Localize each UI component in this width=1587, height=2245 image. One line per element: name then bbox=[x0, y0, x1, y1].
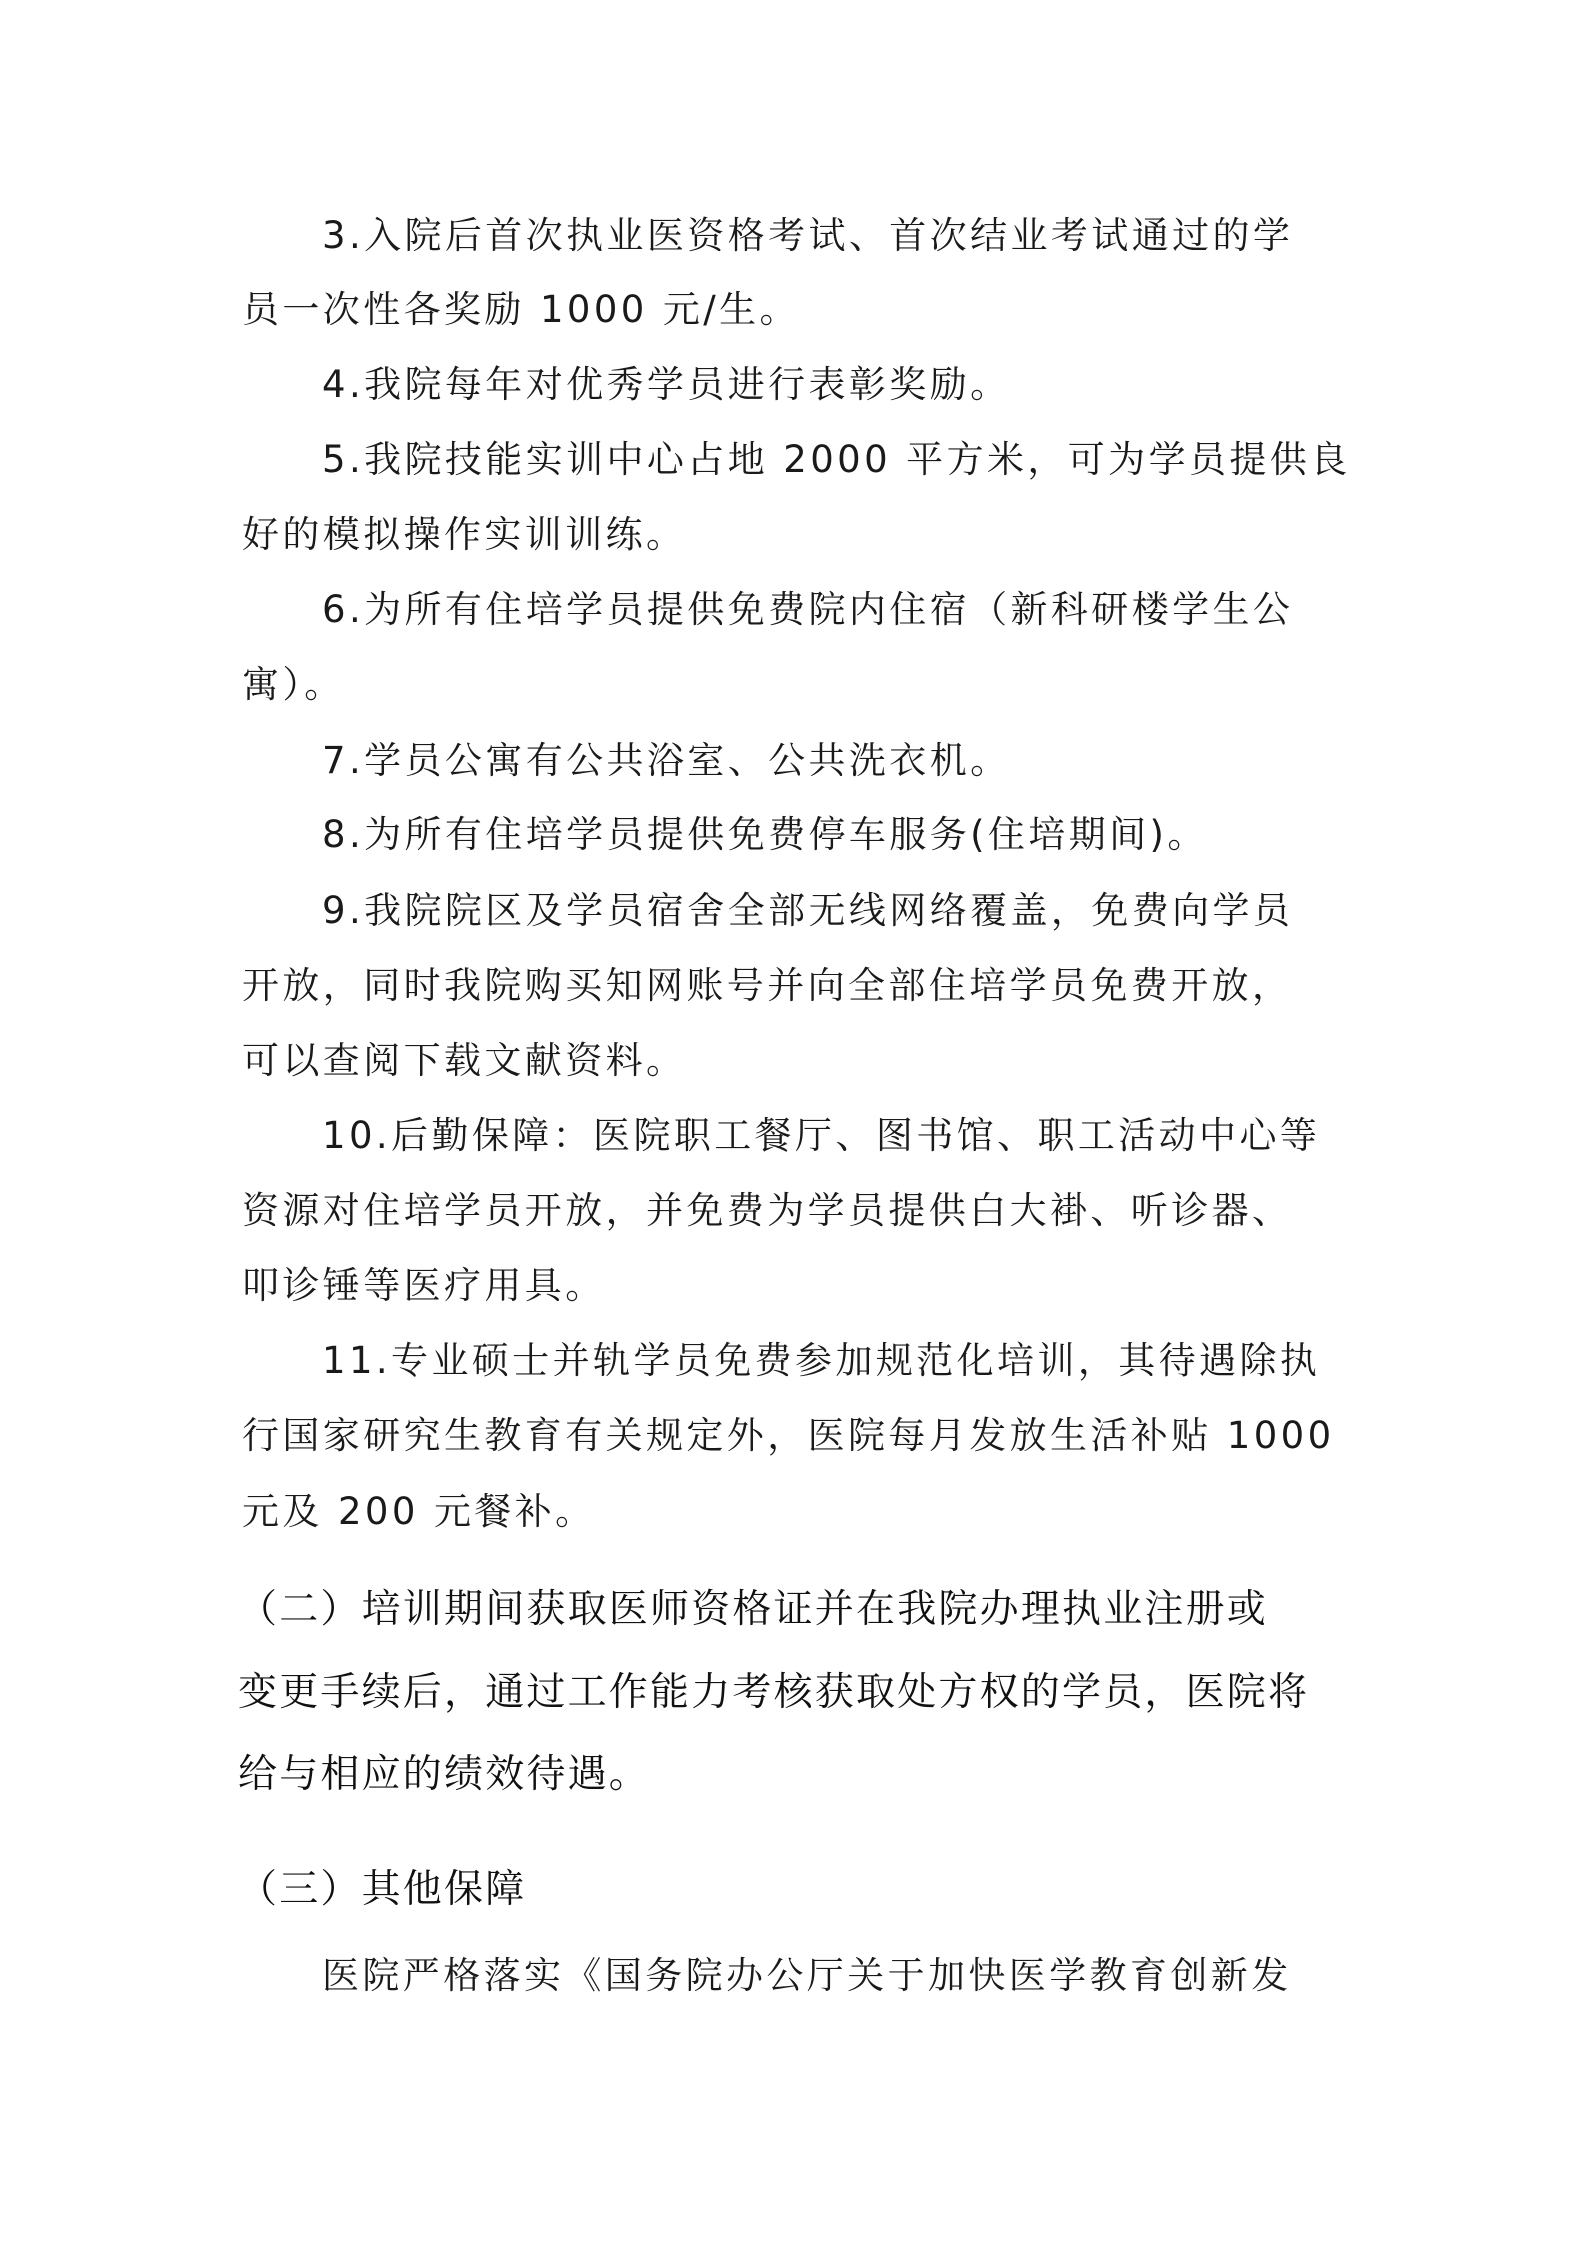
section-2-line-3: 给与相应的绩效待遇。 bbox=[238, 1752, 1348, 1798]
item-6-line-2: 寓）。 bbox=[242, 662, 1352, 708]
item-5-line-2: 好的模拟操作实训训练。 bbox=[242, 512, 1352, 558]
item-10-line-2: 资源对住培学员开放，并免费为学员提供白大褂、听诊器、 bbox=[242, 1188, 1352, 1234]
item-9-line-2: 开放，同时我院购买知网账号并向全部住培学员免费开放， bbox=[242, 963, 1352, 1009]
item-6-line-1: 6.为所有住培学员提供免费院内住宿（新科研楼学生公 bbox=[322, 587, 1432, 633]
section-3-heading: （三）其他保障 bbox=[238, 1867, 1348, 1913]
item-9-line-3: 可以查阅下载文献资料。 bbox=[242, 1038, 1352, 1084]
document-page: 3.入院后首次执业医资格考试、首次结业考试通过的学 员一次性各奖励 1000 元… bbox=[0, 0, 1587, 2245]
item-5-line-1: 5.我院技能实训中心占地 2000 平方米，可为学员提供良 bbox=[322, 437, 1432, 483]
section-3-line-1: 医院严格落实《国务院办公厅关于加快医学教育创新发 bbox=[322, 1953, 1432, 1999]
section-2-line-1: （二）培训期间获取医师资格证并在我院办理执业注册或 bbox=[238, 1587, 1348, 1633]
item-11-line-1: 11.专业硕士并轨学员免费参加规范化培训，其待遇除执 bbox=[322, 1338, 1432, 1384]
item-3-line-1: 3.入院后首次执业医资格考试、首次结业考试通过的学 bbox=[322, 213, 1432, 259]
item-10-line-1: 10.后勤保障：医院职工餐厅、图书馆、职工活动中心等 bbox=[322, 1113, 1432, 1159]
item-4-line-1: 4.我院每年对优秀学员进行表彰奖励。 bbox=[322, 362, 1432, 408]
section-2-line-2: 变更手续后，通过工作能力考核获取处方权的学员，医院将 bbox=[238, 1670, 1348, 1716]
item-3-line-2: 员一次性各奖励 1000 元/生。 bbox=[242, 287, 1352, 333]
item-10-line-3: 叩诊锤等医疗用具。 bbox=[242, 1263, 1352, 1309]
item-7-line-1: 7.学员公寓有公共浴室、公共洗衣机。 bbox=[322, 738, 1432, 784]
item-11-line-3: 元及 200 元餐补。 bbox=[242, 1489, 1352, 1535]
item-11-line-2: 行国家研究生教育有关规定外，医院每月发放生活补贴 1000 bbox=[242, 1413, 1352, 1459]
item-9-line-1: 9.我院院区及学员宿舍全部无线网络覆盖，免费向学员 bbox=[322, 888, 1432, 934]
item-8-line-1: 8.为所有住培学员提供免费停车服务(住培期间)。 bbox=[322, 812, 1432, 858]
